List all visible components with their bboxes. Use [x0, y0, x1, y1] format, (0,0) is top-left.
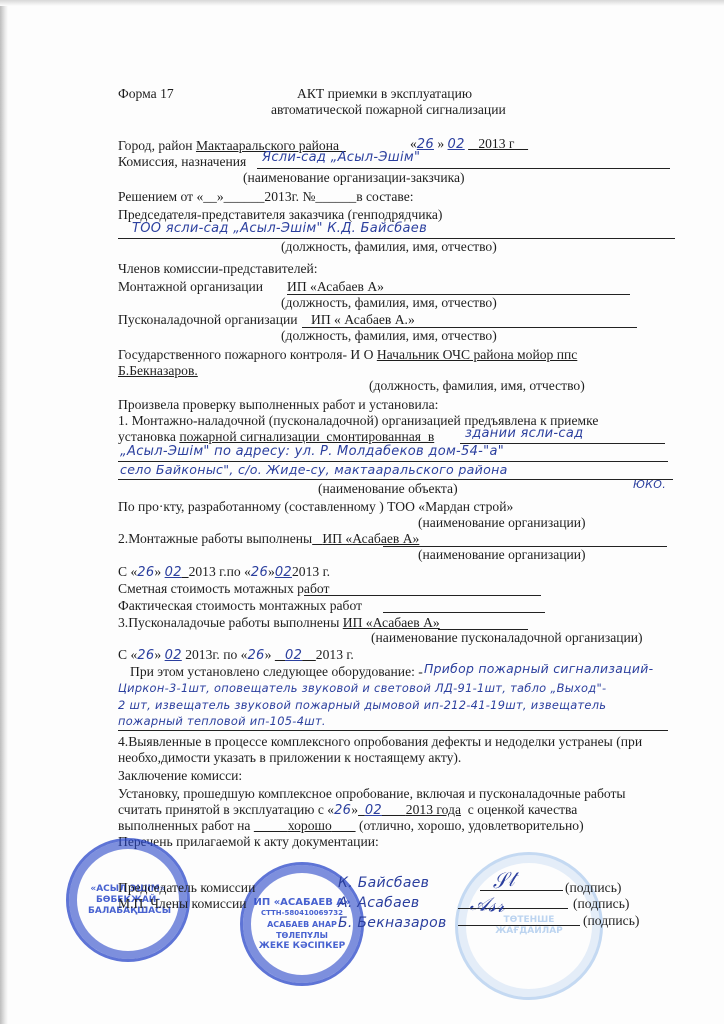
date-row: «26 » 02 2013 г	[410, 136, 528, 153]
accept-day: 26	[334, 803, 351, 818]
handwritten-signature-2: 𝒜𝓈𝓇	[469, 891, 505, 917]
object-hand-3: село Байконыс", с/о. Жиде-су, мактаараль…	[120, 462, 508, 478]
item1-value: пожарной сигнализации_смонтированная_в	[179, 429, 434, 444]
object-underline-3	[118, 479, 673, 480]
item2-label: 2.Монтажные работы выполнены	[118, 531, 312, 546]
equipment-label: При этом установлено следующее оборудова…	[130, 664, 423, 680]
object-hand-2: „Асыл-Эшім" по адресу: ул. Р. Молдабеков…	[120, 444, 504, 460]
item1-prefix: установка	[118, 429, 176, 444]
members-sign-label: М.П. Члены комиссии	[118, 896, 247, 912]
item2-from-day: 26	[137, 565, 154, 580]
item3-to-month: 02	[285, 648, 302, 663]
title-line-1: АКТ приемки в эксплуатацию	[297, 86, 472, 102]
conclusion-line2-suffix: с оценкой качества	[468, 802, 578, 817]
item4-line1: 4.Выявленные в процессе комплексного опр…	[118, 734, 642, 750]
item2-caption: (наименование организации)	[418, 547, 586, 563]
quality-grade: хорошо	[288, 818, 332, 833]
item3-caption: (наименование пусконаладочной организаци…	[371, 630, 643, 646]
actual-cost-field	[383, 612, 545, 613]
fire-control-caption: (должность, фамилия, имя, отчество)	[369, 378, 585, 394]
conclusion-line3: выполненных работ на хорошо (отлично, хо…	[118, 818, 584, 834]
equipment-underline	[118, 730, 668, 731]
item3-value: ИП «Асабаев А»	[343, 615, 440, 630]
item3-from-day: 26	[137, 648, 154, 663]
project-caption: (наименование организации)	[418, 515, 586, 531]
item3-dates-mid: 2013г. по «	[185, 647, 247, 662]
stamp-emergency-text: ТӨТЕНШЕ ЖАҒДАЙЛАР	[484, 915, 574, 937]
estimated-cost-label: Сметная стоимость мотажных работ	[118, 581, 329, 597]
equipment-hand-3: 2 шт, извещатель звуковой пожарный дымов…	[118, 697, 606, 713]
equipment-hand-2: Циркон-3-1шт, оповещатель звуковой и све…	[118, 680, 606, 696]
item4-line2: необхо,димости указать в приложении к но…	[118, 750, 461, 766]
object-hand-note: ЮКО.	[633, 477, 666, 493]
object-hand-1: здании ясли-сад	[465, 426, 583, 442]
title-line-2: автоматической пожарной сигнализации	[271, 102, 506, 118]
city-label: Город, район	[118, 138, 193, 153]
equipment-hand-1: Прибор пожарный сигнализаций-	[424, 661, 653, 677]
decision-text: Решением от «__»______2013г. №______в со…	[118, 189, 414, 205]
accept-year: 2013 года	[406, 802, 461, 817]
commission-value: Ясли-сад „Асыл-Эшім"	[262, 150, 420, 166]
form-label: Форма 17	[118, 86, 174, 102]
conclusion-line1: Установку, прошедшую комплексное опробов…	[118, 786, 626, 802]
findings-intro: Произвела проверку выполненных работ и у…	[118, 397, 438, 413]
item2-dates-prefix: С «	[118, 564, 137, 579]
object-caption: (наименование объекта)	[318, 481, 458, 497]
fire-control-value-1: Начальник ОЧС района мойор ппс	[377, 347, 577, 362]
item2-from-month: 02	[165, 565, 182, 580]
installation-value: ИП «Асабаев А»	[287, 279, 384, 295]
item2-row: 2.Монтажные работы выполнены ИП «Асабаев…	[118, 531, 419, 547]
commission-underline	[257, 168, 670, 169]
item3-to-day: 26	[247, 648, 264, 663]
date-month: 02	[448, 137, 465, 152]
item2-value: ИП «Асабаев А»	[322, 531, 419, 546]
handwritten-signature-1: 𝒮𝓉	[490, 867, 515, 894]
item2-dates-end: 2013 г.	[292, 564, 330, 579]
installation-label: Монтажной организации	[118, 279, 263, 295]
commission-label: Комиссия, назначения	[118, 154, 246, 170]
signer-name-3: Б. Бекназаров	[338, 915, 447, 931]
conclusion-label: Заключение комисси:	[118, 768, 242, 784]
actual-cost-label: Фактическая стоимость монтажных работ	[118, 598, 362, 614]
item2-dates-mid: 2013 г.по «	[189, 564, 251, 579]
chairman-value: ТОО ясли-сад „Асыл-Эшім" К.Д. Байсбаев	[132, 221, 427, 237]
signature-caption-2: (подпись)	[573, 896, 629, 912]
stamp-ie-line-4: ЖЕКЕ КӘСІПКЕР	[243, 941, 361, 952]
signature-caption-1: (подпись)	[565, 880, 621, 896]
signature-line-3	[458, 925, 580, 926]
signer-name-2: А. Асабаев	[338, 895, 419, 911]
project-text: По про·кту, разработанному (составленном…	[118, 499, 513, 515]
item3-dates-end: 2013 г.	[316, 647, 354, 662]
document-page: Форма 17 АКТ приемки в эксплуатацию авто…	[0, 0, 724, 1024]
fire-control-label: Государственного пожарного контроля- И О	[118, 347, 373, 362]
members-label: Членов комиссии-представителей:	[118, 261, 318, 277]
estimated-cost-field	[304, 595, 541, 596]
grade-options: (отлично, хорошо, удовлетворительно)	[359, 818, 584, 833]
signer-name-1: К. Байсбаев	[338, 875, 429, 891]
item2-to-day: 26	[251, 565, 268, 580]
item3-label: 3.Пусконаладочые работы выполнены	[118, 615, 339, 630]
conclusion-line3-prefix: выполненных работ на	[118, 818, 250, 833]
item2-dates: С «26» 02 2013 г.по «26»022013 г.	[118, 564, 330, 581]
date-year: 2013 г	[478, 136, 514, 151]
fire-control-row: Государственного пожарного контроля- И О…	[118, 347, 577, 363]
chairman-sign-label: Председатель комиссии	[118, 880, 255, 896]
fire-control-value-2: Б.Бекназаров.	[118, 363, 198, 379]
conclusion-line2: считать принятой в эксплуатацию с «26» 0…	[118, 802, 577, 819]
commissioning-caption: (должность, фамилия, имя, отчество)	[281, 328, 497, 344]
commissioning-value: ИП « Асабаев А.»	[311, 312, 415, 328]
stamp-emergency-department: ТӨТЕНШЕ ЖАҒДАЙЛАР	[455, 852, 603, 1000]
commissioning-label: Пусконаладочной организации	[118, 312, 298, 328]
item2-to-month: 02	[275, 565, 292, 580]
commission-caption: (наименование организации-закзчика)	[243, 170, 465, 186]
item3-from-month: 02	[165, 648, 182, 663]
item3-dates: С «26» 02 2013г. по «26» 02 2013 г.	[118, 647, 354, 664]
item3-row: 3.Пусконаладочые работы выполнены ИП «Ас…	[118, 615, 440, 631]
item1-line2: установка пожарной сигнализации_смонтиро…	[118, 429, 434, 445]
installation-caption: (должность, фамилия, имя, отчество)	[281, 295, 497, 311]
equipment-hand-4: пожарный тепловой ип-105-4шт.	[118, 713, 326, 729]
chairman-caption: (должность, фамилия, имя, отчество)	[281, 239, 497, 255]
conclusion-line2-prefix: считать принятой в эксплуатацию с «	[118, 802, 334, 817]
accept-month: 02	[365, 803, 382, 818]
signature-caption-3: (подпись)	[583, 913, 639, 929]
